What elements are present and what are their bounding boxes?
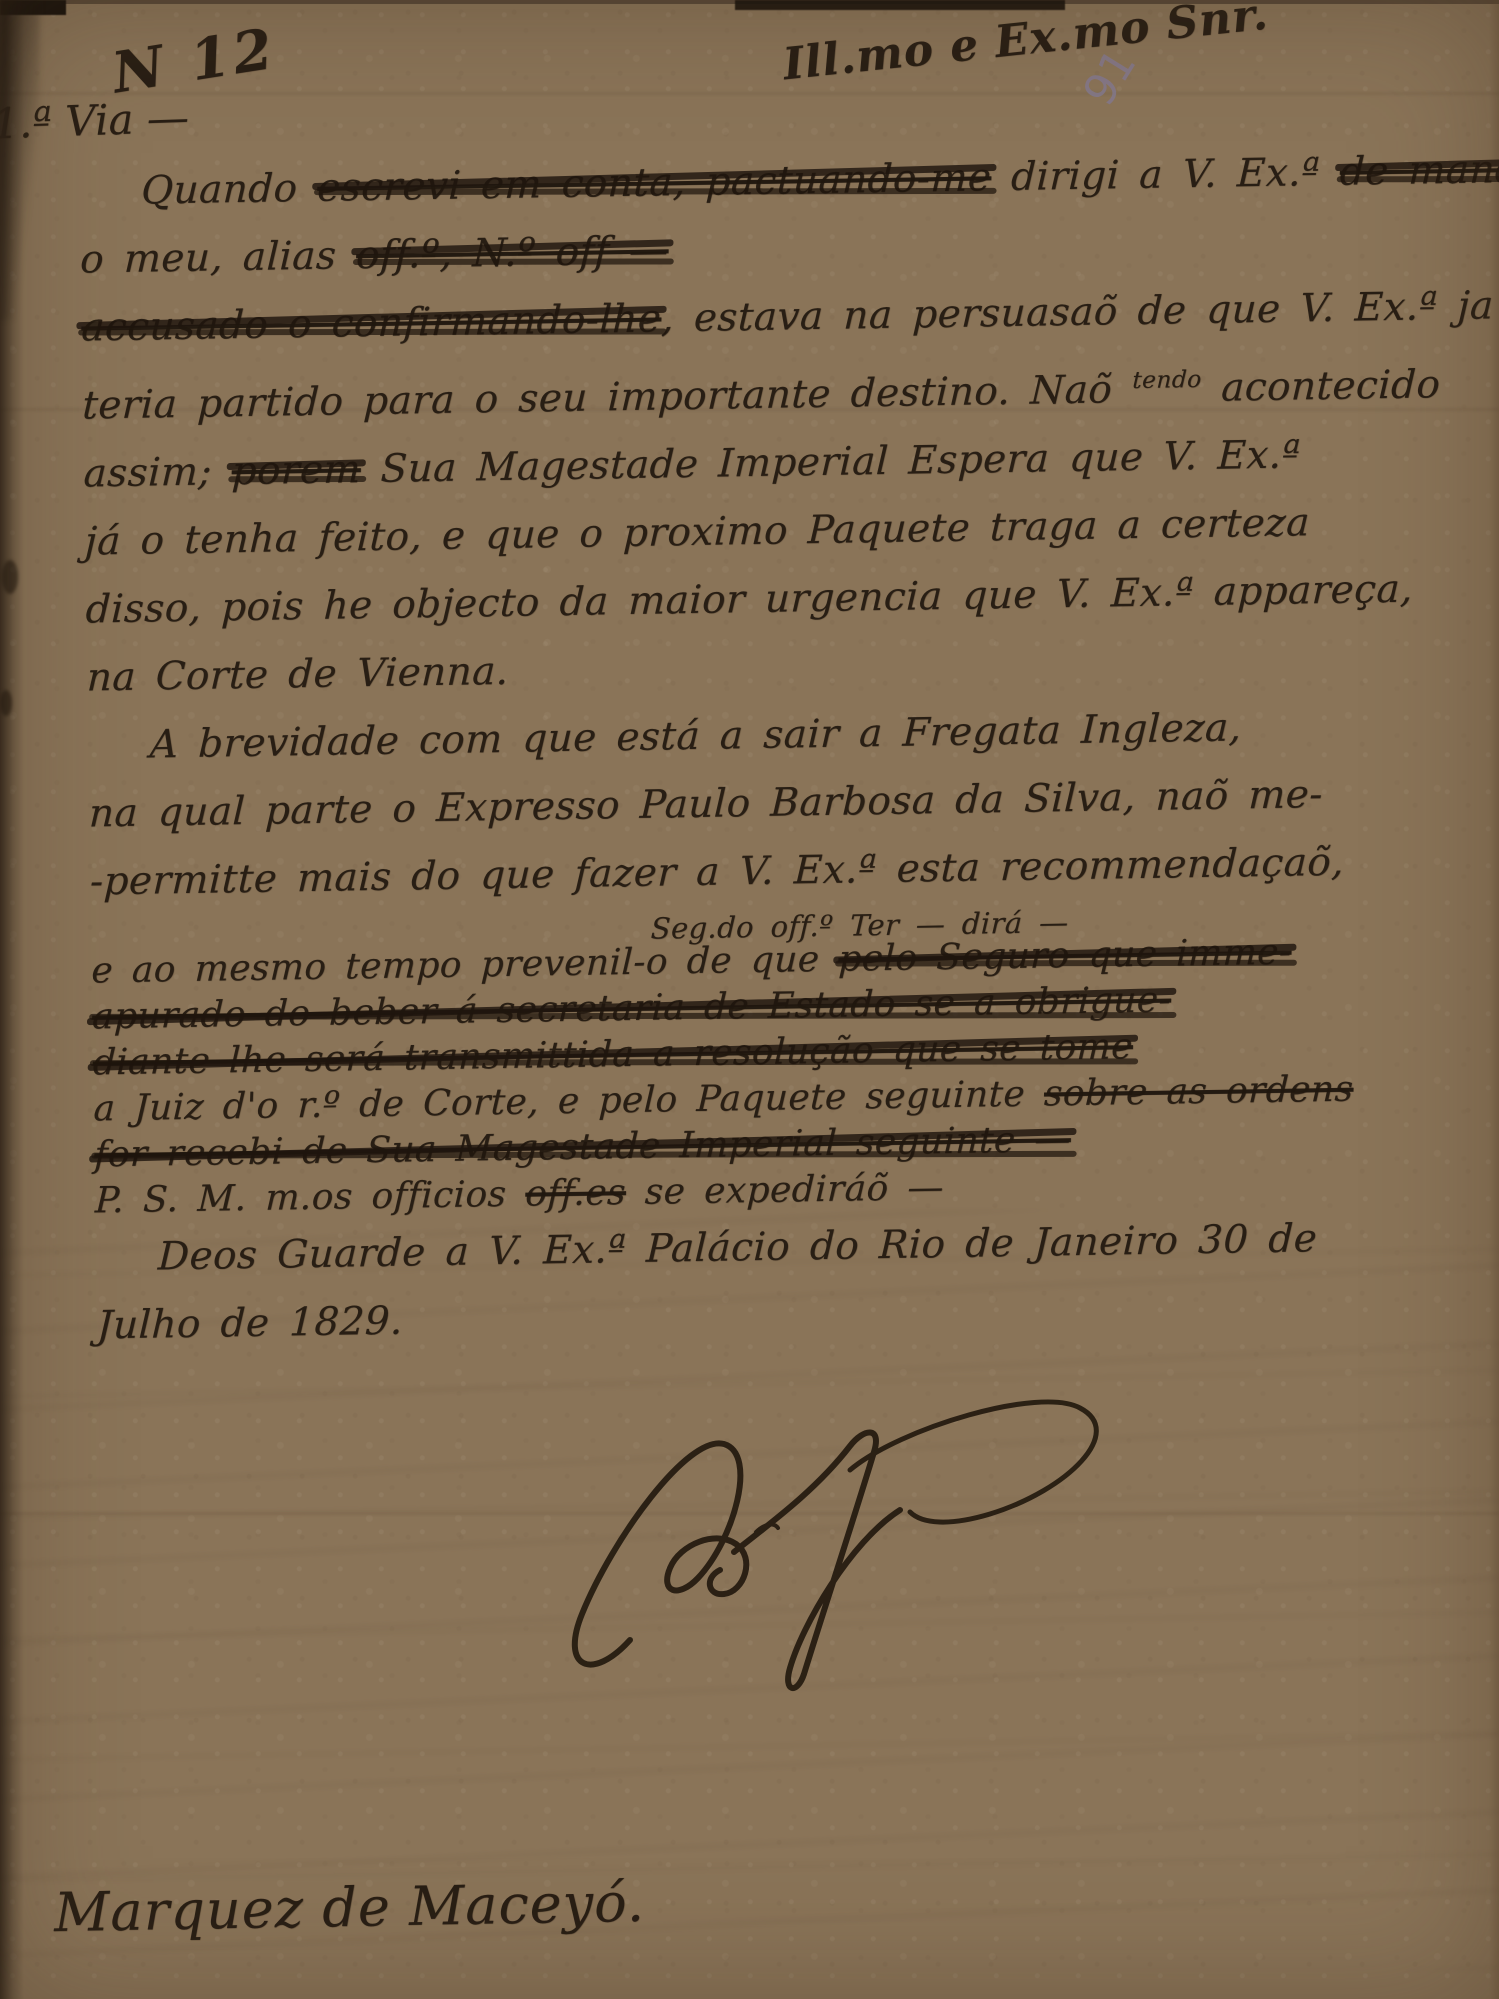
addressee-name: Marquez de Maceyó. [53, 1871, 645, 1944]
struck-text-segment: sobre as ordens [1043, 1069, 1354, 1115]
text-segment: acontecido [1201, 362, 1442, 411]
text-segment: -permitte mais do que fazer a V. Ex.ª es… [89, 840, 1345, 905]
superscript-insertion: tendo [1132, 365, 1202, 394]
text-segment: P. S. M. m.os officios [94, 1174, 526, 1222]
text-segment: dirigi a V. Ex.ª [990, 150, 1340, 201]
text-segment: se expediráõ — [625, 1167, 944, 1213]
text-segment: assim; [83, 449, 233, 496]
text-segment: Julho de 1829. [96, 1299, 404, 1349]
text-segment: na qual parte o Expresso Paulo Barbosa d… [88, 772, 1324, 836]
text-segment: Deos Guarde a V. Ex.ª Palácio do Rio de … [157, 1216, 1318, 1279]
struck-text-segment: pelo Seguro que imme- [838, 930, 1293, 983]
text-segment: na Corte de Vienna. [86, 649, 509, 701]
struck-text-segment: de mande [1339, 136, 1499, 207]
text-segment: já o tenha feito, e que o proximo Paquet… [84, 500, 1311, 564]
text-segment: teria partido para o seu importante dest… [81, 367, 1132, 429]
manuscript-body: Quando escrevi em conta, pactuando-me di… [79, 142, 1178, 1361]
struck-text-segment: porem [230, 436, 362, 506]
text-segment: Sua Magestade Imperial Espera que V. Ex.… [360, 432, 1301, 492]
manuscript-scan-page: { "colors": { "ink": "#281e14", "paper":… [0, 0, 1499, 1999]
text-segment: A brevidade com que está a sair a Fregat… [149, 705, 1242, 767]
via-note: 1.ª Via — [0, 93, 190, 149]
text-segment: o meu, alias [79, 233, 357, 282]
struck-text-segment: off.º, N.º off — [355, 217, 670, 290]
struck-text-segment: escrevi em conta, pactuando-me [316, 144, 993, 223]
struck-text-segment: off.es [525, 1172, 627, 1215]
signature-rubric [520, 1382, 1160, 1702]
text-segment: Quando [140, 166, 318, 214]
struck-text-segment: accusado o confirmando-lhe [80, 285, 663, 362]
